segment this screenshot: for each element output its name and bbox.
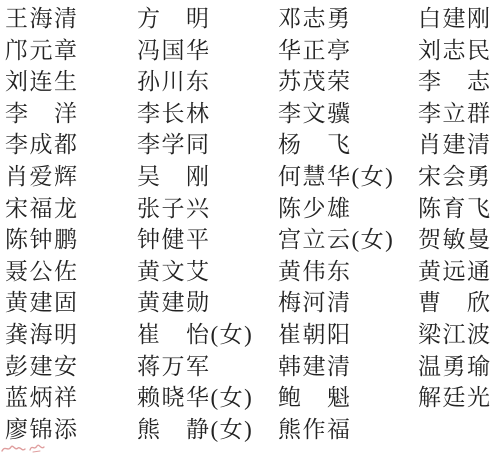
name-cell: 刘连生 bbox=[5, 66, 137, 98]
name-cell: 宋福龙 bbox=[5, 193, 137, 225]
name-cell: 廖锦添 bbox=[5, 414, 137, 446]
name-cell: 黄伟东 bbox=[278, 256, 418, 288]
name-cell: 熊作福 bbox=[278, 414, 418, 446]
name-cell: 李成都 bbox=[5, 129, 137, 161]
name-cell: 冯国华 bbox=[137, 35, 278, 67]
name-cell: 李文骥 bbox=[278, 98, 418, 130]
name-cell: 何慧华(女) bbox=[278, 161, 418, 193]
name-cell: 肖爱辉 bbox=[5, 161, 137, 193]
name-cell: 杨 飞 bbox=[278, 129, 418, 161]
name-cell: 吴 刚 bbox=[137, 161, 278, 193]
name-cell: 黄文艾 bbox=[137, 256, 278, 288]
name-cell: 华正亭 bbox=[278, 35, 418, 67]
name-cell: 崔朝阳 bbox=[278, 319, 418, 351]
name-cell: 陈钟鹏 bbox=[5, 224, 137, 256]
name-cell: 孙川东 bbox=[137, 66, 278, 98]
name-cell: 聂公佐 bbox=[5, 256, 137, 288]
name-cell: 蓝炳祥 bbox=[5, 382, 137, 414]
name-cell: 崔 怡(女) bbox=[137, 319, 278, 351]
name-cell: 苏茂荣 bbox=[278, 66, 418, 98]
name-cell bbox=[418, 414, 500, 446]
name-cell: 宋会勇 bbox=[418, 161, 500, 193]
name-cell: 陈少雄 bbox=[278, 193, 418, 225]
name-cell: 李长林 bbox=[137, 98, 278, 130]
name-cell: 李学同 bbox=[137, 129, 278, 161]
name-cell: 李 志 bbox=[418, 66, 500, 98]
name-roster-page: 王海清方 明邓志勇白建刚邝元章冯国华华正亭刘志民刘连生孙川东苏茂荣李 志李 洋李… bbox=[0, 0, 500, 455]
name-cell: 梁江波 bbox=[418, 319, 500, 351]
name-cell: 贺敏曼 bbox=[418, 224, 500, 256]
name-cell: 梅河清 bbox=[278, 287, 418, 319]
name-cell: 鲍 魁 bbox=[278, 382, 418, 414]
name-cell: 刘志民 bbox=[418, 35, 500, 67]
name-cell: 龚海明 bbox=[5, 319, 137, 351]
name-cell: 李立群 bbox=[418, 98, 500, 130]
name-cell: 邝元章 bbox=[5, 35, 137, 67]
name-cell: 方 明 bbox=[137, 3, 278, 35]
name-cell: 熊 静(女) bbox=[137, 414, 278, 446]
name-cell: 邓志勇 bbox=[278, 3, 418, 35]
name-cell: 韩建清 bbox=[278, 351, 418, 383]
name-cell: 李 洋 bbox=[5, 98, 137, 130]
name-cell: 白建刚 bbox=[418, 3, 500, 35]
name-grid: 王海清方 明邓志勇白建刚邝元章冯国华华正亭刘志民刘连生孙川东苏茂荣李 志李 洋李… bbox=[5, 3, 500, 445]
name-cell: 黄建固 bbox=[5, 287, 137, 319]
name-cell: 赖晓华(女) bbox=[137, 382, 278, 414]
name-cell: 陈育飞 bbox=[418, 193, 500, 225]
name-cell: 解廷光 bbox=[418, 382, 500, 414]
name-cell: 蒋万军 bbox=[137, 351, 278, 383]
name-cell: 温勇瑜 bbox=[418, 351, 500, 383]
name-cell: 黄远通 bbox=[418, 256, 500, 288]
name-cell: 彭建安 bbox=[5, 351, 137, 383]
name-cell: 王海清 bbox=[5, 3, 137, 35]
name-cell: 黄建勋 bbox=[137, 287, 278, 319]
name-cell: 曹 欣 bbox=[418, 287, 500, 319]
name-cell: 张子兴 bbox=[137, 193, 278, 225]
name-cell: 钟健平 bbox=[137, 224, 278, 256]
name-cell: 宫立云(女) bbox=[278, 224, 418, 256]
name-cell: 肖建清 bbox=[418, 129, 500, 161]
